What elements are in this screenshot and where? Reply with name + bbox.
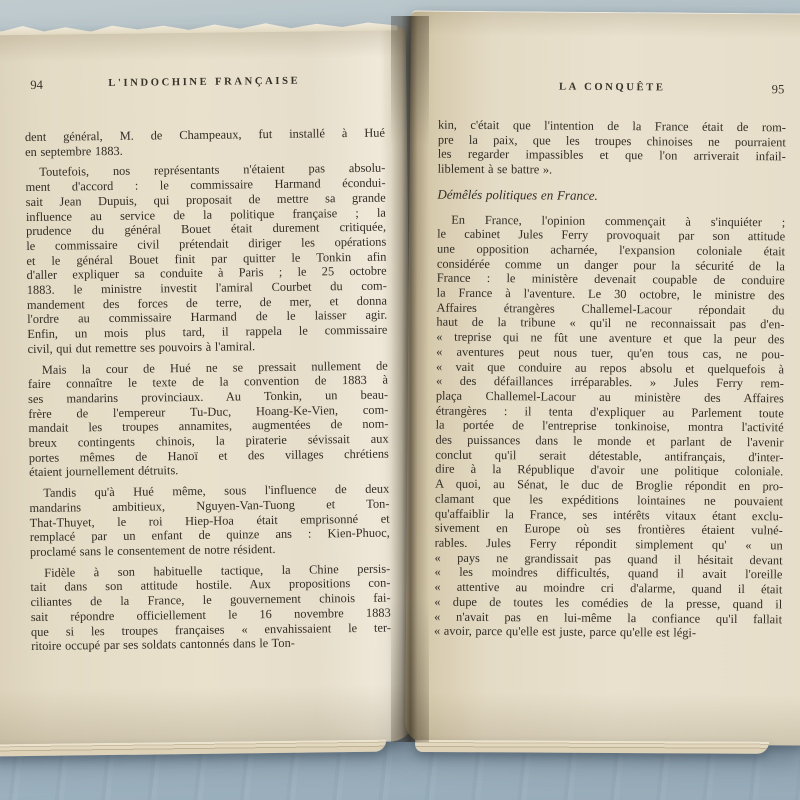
text-line: proclamé sans le consentement de notre r… [30, 541, 390, 560]
running-title-left: L'INDOCHINE FRANÇAISE [24, 74, 384, 93]
page-left: 94 L'INDOCHINE FRANÇAISE dent général, M… [0, 27, 414, 746]
paragraph: Tandis qu'à Hué même, sous l'influence d… [29, 482, 390, 560]
page-number-right: 95 [772, 82, 785, 97]
text-line: « avoir, parce qu'elle est juste, parce … [434, 624, 782, 641]
text-line: Démêlés politiques en France. [437, 187, 785, 204]
right-running-head: LA CONQUÊTE 95 [438, 80, 786, 99]
left-page-edge-stack [0, 740, 386, 757]
text-line: étaient journellement détruits. [29, 461, 389, 480]
deckled-page-edge [0, 19, 398, 35]
paragraph: En France, l'opinion commençait à s'inqu… [434, 212, 785, 641]
paragraph: Toutefois, nos représentants n'étaient p… [25, 161, 387, 357]
page-right-text: kin, c'était que l'intention de la Franc… [434, 118, 786, 642]
paragraph: dent général, M. de Champeaux, fut insta… [25, 126, 385, 160]
paragraph: Fidèle à son habituelle tactique, la Chi… [30, 561, 391, 654]
page-right: LA CONQUÊTE 95 kin, c'était que l'intent… [405, 10, 800, 745]
text-line: ritoire occupé par ses soldats cantonnés… [31, 635, 391, 654]
page-left-text: dent général, M. de Champeaux, fut insta… [25, 126, 391, 654]
text-line: liblement à se battre ». [438, 162, 786, 179]
paragraph: Mais la cour de Hué ne se pressait nulle… [28, 358, 389, 480]
left-running-head: 94 L'INDOCHINE FRANÇAISE [24, 74, 384, 94]
paragraph: kin, c'était que l'intention de la Franc… [438, 118, 786, 180]
right-page-edge-stack [415, 740, 769, 754]
book-photo-scene: 94 L'INDOCHINE FRANÇAISE dent général, M… [0, 0, 800, 800]
section-heading: Démêlés politiques en France. [437, 187, 785, 204]
running-title-right: LA CONQUÊTE [438, 80, 786, 97]
